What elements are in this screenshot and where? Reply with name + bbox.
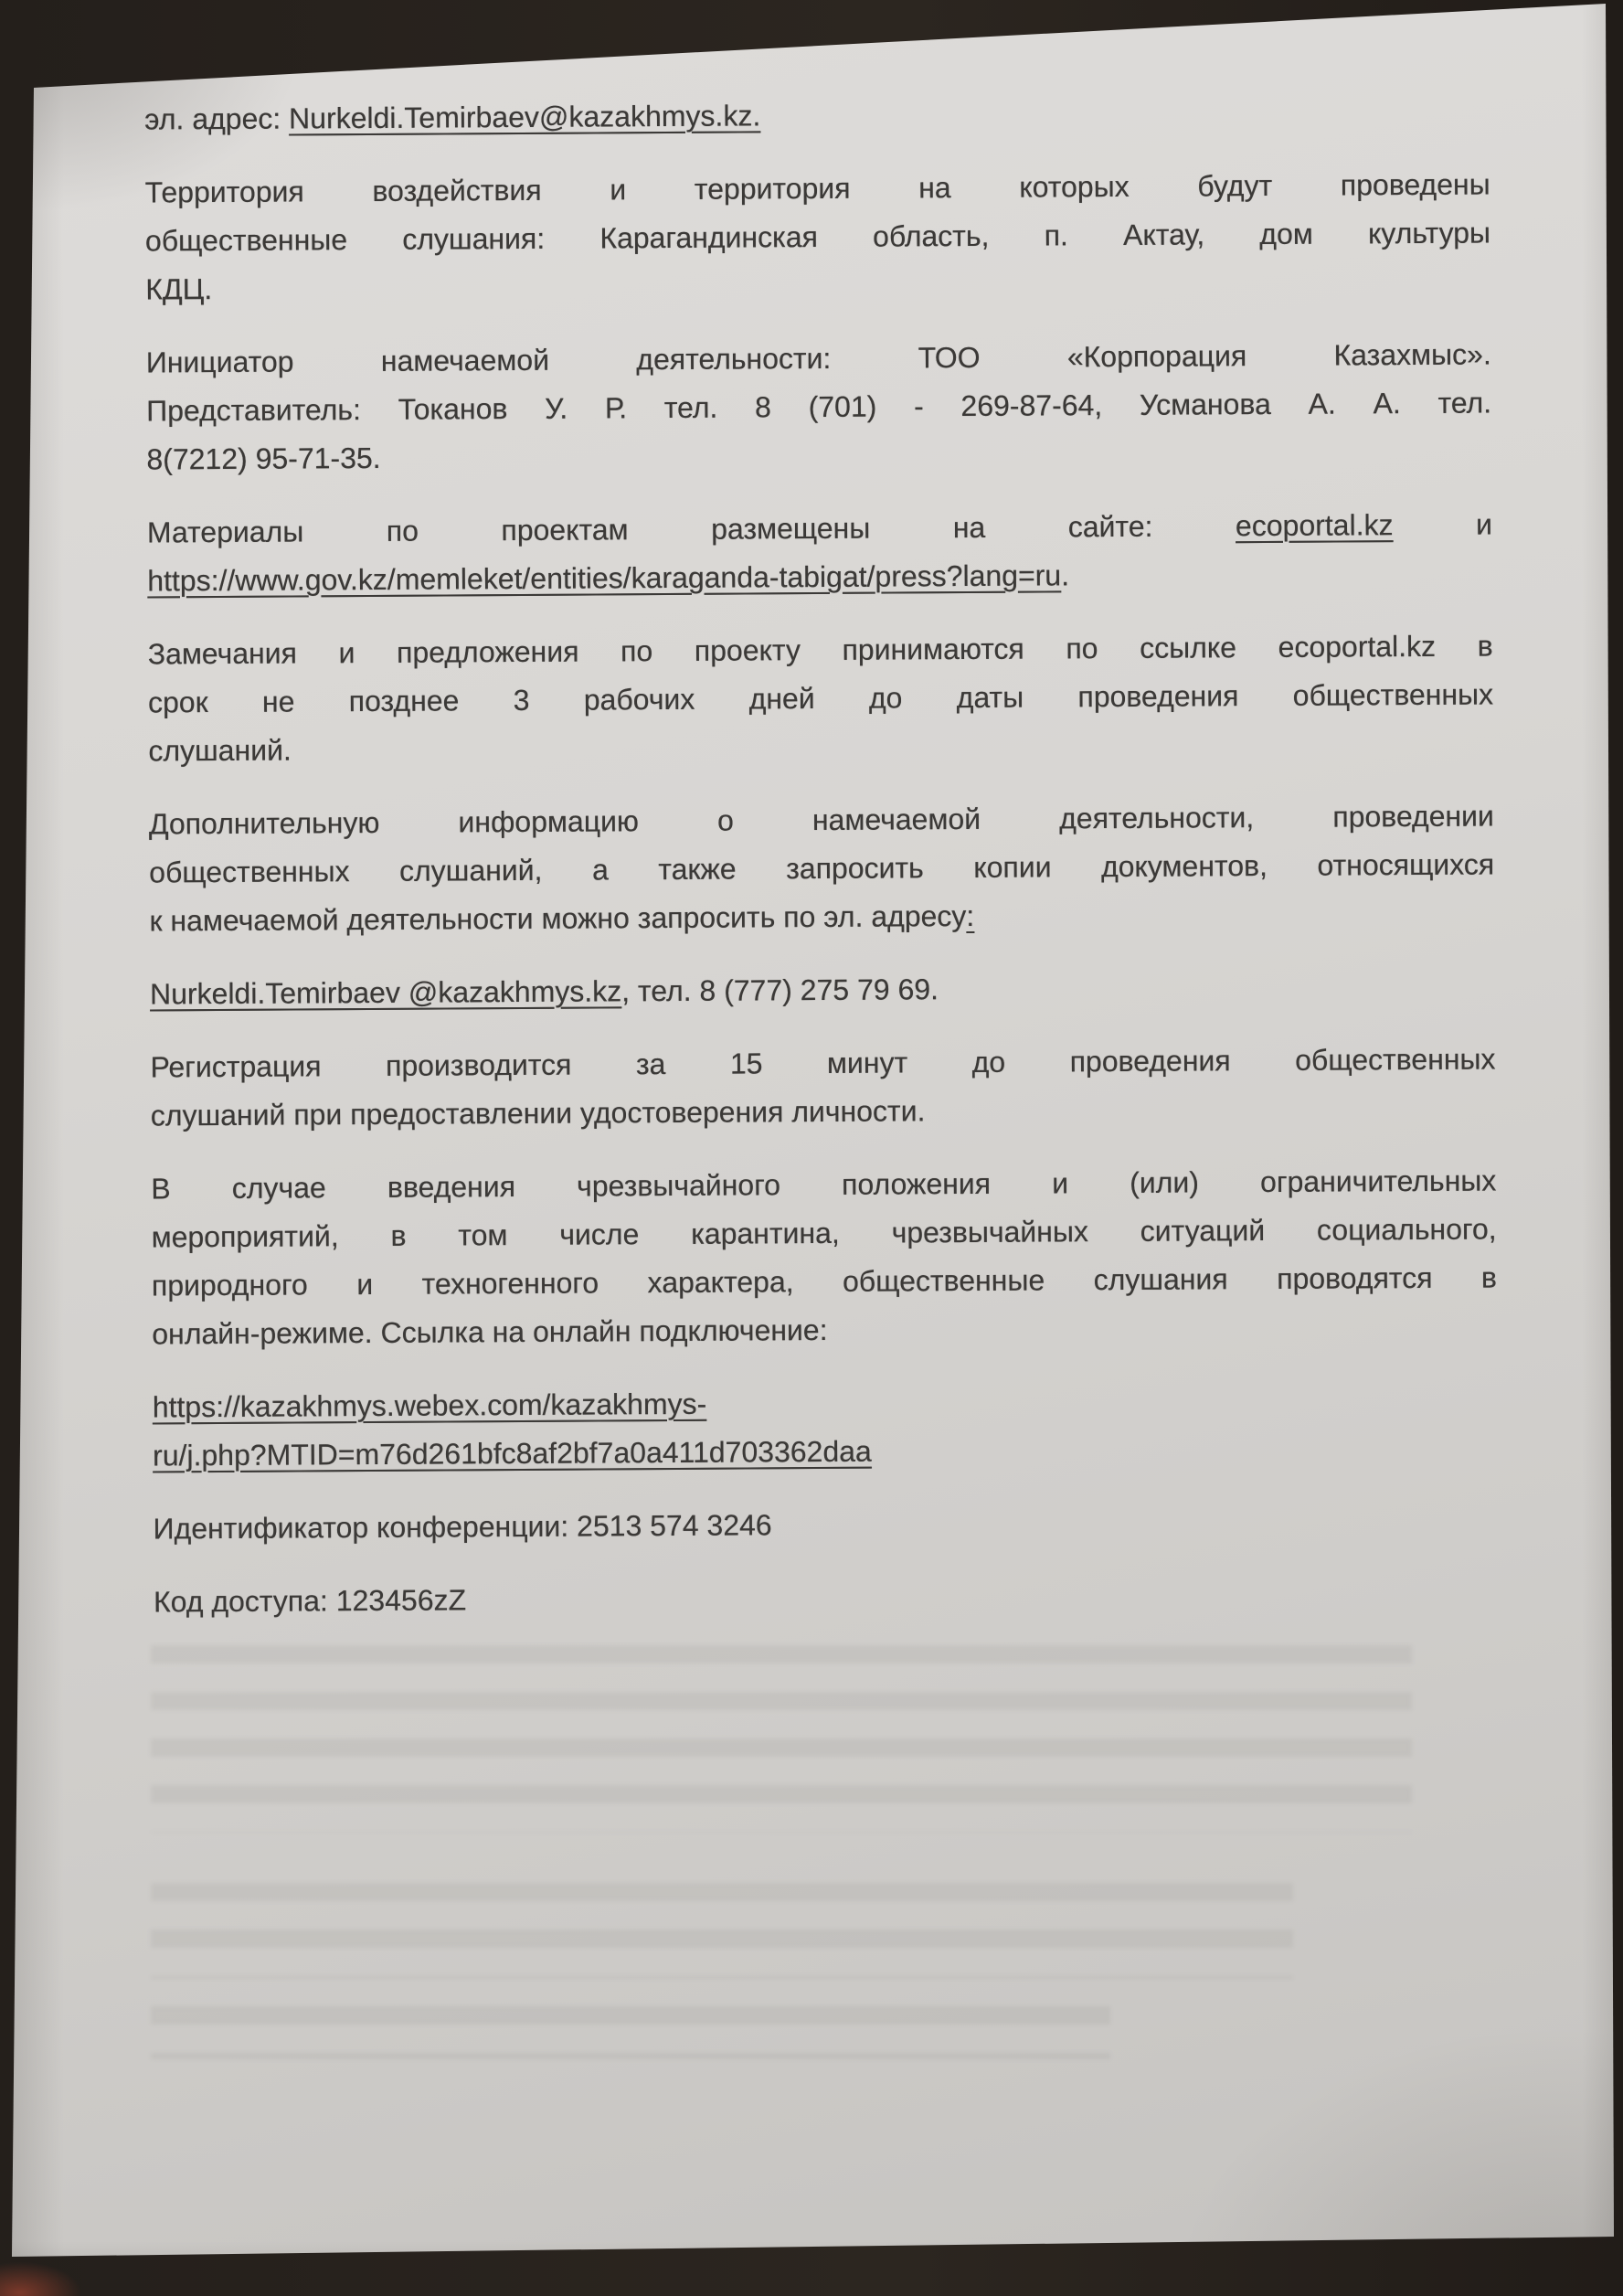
text-run: и — [1393, 507, 1492, 541]
text-run: Материалы по проектам размещены на сайте… — [147, 509, 1236, 548]
text-run: В случае введения чрезвычайного положени… — [151, 1164, 1496, 1205]
text-line: В случае введения чрезвычайного положени… — [151, 1156, 1496, 1213]
text-line: слушаний. — [148, 718, 1493, 775]
paragraph: https://kazakhmys.webex.com/kazakhmys-ru… — [153, 1375, 1499, 1480]
paragraph: Материалы по проектам размещены на сайте… — [147, 500, 1493, 605]
text-run: Идентификатор конференции: 2513 574 3246 — [153, 1508, 771, 1545]
paragraph: Идентификатор конференции: 2513 574 3246 — [153, 1496, 1498, 1553]
text-line: Территория воздействия и территория на к… — [145, 161, 1490, 218]
text-run: природного и техногенного характера, общ… — [152, 1260, 1497, 1302]
paragraph: Код доступа: 123456zZ — [154, 1569, 1499, 1626]
text-line: https://www.gov.kz/memleket/entities/kar… — [147, 548, 1492, 605]
underlined-link-text: ru/j.php?MTID=m76d261bfc8af2bf7a0a411d70… — [153, 1435, 872, 1472]
text-run: Инициатор намечаемой деятельности: ТОО «… — [146, 337, 1491, 378]
text-line: ru/j.php?MTID=m76d261bfc8af2bf7a0a411d70… — [153, 1423, 1498, 1480]
underlined-link-text: Nurkeldi.Temirbaev@kazakhmys.kz. — [289, 99, 760, 134]
text-run: Код доступа: 123456zZ — [154, 1583, 466, 1618]
paper-sheet: эл. адрес: Nurkeldi.Temirbaev@kazakhmys.… — [0, 0, 1623, 2296]
text-line: слушаний при предоставлении удостоверени… — [151, 1083, 1496, 1140]
underlined-link-text: : — [966, 899, 974, 932]
paragraph: Nurkeldi.Temirbaev @kazakhmys.kz, тел. 8… — [150, 962, 1495, 1018]
text-run: Регистрация производится за 15 минут до … — [150, 1042, 1495, 1083]
text-line: Регистрация производится за 15 минут до … — [150, 1035, 1495, 1091]
text-run: онлайн-режиме. Ссылка на онлайн подключе… — [152, 1313, 827, 1351]
text-run: срок не позднее 3 рабочих дней до даты п… — [148, 677, 1493, 718]
text-line: онлайн-режиме. Ссылка на онлайн подключе… — [152, 1302, 1497, 1358]
text-line: Код доступа: 123456zZ — [154, 1569, 1499, 1626]
text-run: . — [1061, 558, 1069, 591]
bleed-through-text-block — [151, 1883, 1293, 1979]
text-line: Замечания и предложения по проекту прини… — [148, 622, 1493, 678]
text-run: общественные слушания: Карагандинская об… — [145, 217, 1490, 258]
paragraph: Регистрация производится за 15 минут до … — [150, 1035, 1496, 1140]
paragraph: Замечания и предложения по проекту прини… — [148, 622, 1494, 775]
text-run: общественных слушаний, а также запросить… — [149, 847, 1494, 888]
paragraph: Дополнительную информацию о намечаемой д… — [149, 792, 1495, 945]
paragraph: Инициатор намечаемой деятельности: ТОО «… — [146, 330, 1492, 484]
text-run: эл. адрес: — [144, 102, 289, 136]
underlined-link-text: ecoportal.kz — [1236, 508, 1394, 542]
underlined-link-text: https://www.gov.kz/memleket/entities/kar… — [147, 558, 1061, 597]
text-line: Идентификатор конференции: 2513 574 3246 — [153, 1496, 1498, 1553]
paragraph: Территория воздействия и территория на к… — [145, 161, 1491, 314]
text-line: Дополнительную информацию о намечаемой д… — [149, 792, 1494, 848]
text-run: слушаний при предоставлении удостоверени… — [151, 1094, 926, 1132]
text-run: , тел. 8 (777) 275 79 69. — [621, 973, 939, 1007]
text-line: Представитель: Токанов У. Р. тел. 8 (701… — [146, 378, 1491, 435]
text-line: КДЦ. — [145, 258, 1490, 314]
underlined-link-text: https://kazakhmys.webex.com/kazakhmys- — [153, 1387, 707, 1424]
text-line: к намечаемой деятельности можно запросит… — [149, 888, 1494, 945]
text-line: Инициатор намечаемой деятельности: ТОО «… — [146, 330, 1491, 387]
text-run: слушаний. — [148, 734, 292, 768]
text-run: КДЦ. — [145, 272, 212, 305]
text-run: Представитель: Токанов У. Р. тел. 8 (701… — [146, 386, 1491, 427]
document-text: эл. адрес: Nurkeldi.Temirbaev@kazakhmys.… — [144, 88, 1499, 1652]
text-line: https://kazakhmys.webex.com/kazakhmys- — [153, 1375, 1498, 1431]
text-line: общественных слушаний, а также запросить… — [149, 840, 1494, 897]
text-line: Nurkeldi.Temirbaev @kazakhmys.kz, тел. 8… — [150, 962, 1495, 1018]
text-run: Замечания и предложения по проекту прини… — [148, 629, 1493, 670]
text-line: природного и техногенного характера, общ… — [152, 1253, 1497, 1310]
text-line: срок не позднее 3 рабочих дней до даты п… — [148, 670, 1493, 727]
text-run: 8(7212) 95-71-35. — [146, 441, 380, 476]
text-run: к намечаемой деятельности можно запросит… — [149, 899, 966, 937]
paragraph: эл. адрес: Nurkeldi.Temirbaev@kazakhmys.… — [144, 88, 1490, 144]
text-run: Дополнительную информацию о намечаемой д… — [149, 799, 1494, 840]
text-line: мероприятий, в том числе карантина, чрез… — [151, 1205, 1496, 1261]
text-line: 8(7212) 95-71-35. — [146, 427, 1491, 484]
bleed-through-text-block — [151, 2006, 1110, 2059]
text-run: Территория воздействия и территория на к… — [145, 168, 1490, 209]
underlined-link-text: Nurkeldi.Temirbaev @kazakhmys.kz — [150, 974, 621, 1010]
text-line: Материалы по проектам размещены на сайте… — [147, 500, 1492, 557]
bleed-through-text-block — [151, 1645, 1412, 1833]
text-line: эл. адрес: Nurkeldi.Temirbaev@kazakhmys.… — [144, 88, 1490, 144]
text-line: общественные слушания: Карагандинская об… — [145, 209, 1490, 266]
text-run: мероприятий, в том числе карантина, чрез… — [152, 1212, 1497, 1253]
paragraph: В случае введения чрезвычайного положени… — [151, 1156, 1497, 1358]
